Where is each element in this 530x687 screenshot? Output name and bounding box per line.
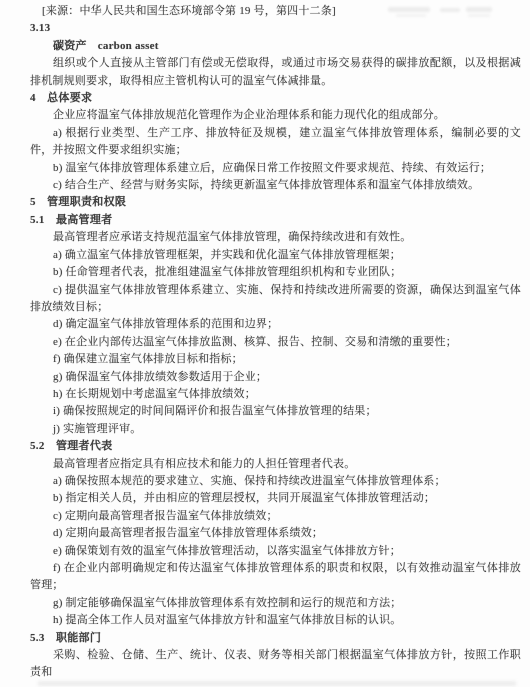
paragraph: 最高管理者应承诺支持规范温室气体排放管理，确保持续改进和有效性。 (30, 229, 521, 246)
term-heading: 碳资产 carbon asset (30, 38, 521, 55)
list-item: a) 根据行业类型、生产工序、排放特征及规模，建立温室气体排放管理体系，编制必要… (30, 125, 521, 160)
list-item: c) 结合生产、经营与财务实际，持续更新温室气体排放管理体系和温室气体排放绩效。 (30, 177, 521, 194)
paragraph: 最高管理者应指定具有相应技术和能力的人担任管理者代表。 (30, 456, 521, 473)
clause-number: 3.13 (30, 20, 521, 37)
list-item: h) 提高全体工作人员对温室气体排放方针和温室气体排放目标的认识。 (30, 612, 521, 629)
list-item: a) 确立温室气体排放管理框架，并实践和优化温室气体排放管理框架； (30, 247, 521, 264)
subsection-heading: 5.1 最高管理者 (30, 212, 521, 229)
list-item: c) 提供温室气体排放管理体系建立、实施、保持和持续改进所需要的资源，确保达到温… (30, 282, 521, 317)
section-heading: 5 管理职责和权限 (30, 194, 521, 211)
list-item: j) 实施管理评审。 (30, 421, 521, 438)
subsection-heading: 5.3 职能部门 (30, 630, 521, 647)
subsection-heading: 5.2 管理者代表 (30, 438, 521, 455)
paragraph: 企业应将温室气体排放规范化管理作为企业治理体系和能力现代化的组成部分。 (30, 107, 521, 124)
list-item: g) 确保温室气体排放绩效参数适用于企业； (30, 369, 521, 386)
list-item: b) 任命管理者代表，批准组建温室气体排放管理组织机构和专业团队； (30, 264, 521, 281)
list-item: b) 温室气体排放管理体系建立后，应确保日常工作按照文件要求规范、持续、有效运行… (30, 160, 521, 177)
list-item: g) 制定能够确保温室气体排放管理体系有效控制和运行的规范和方法； (30, 595, 521, 612)
list-item: b) 指定相关人员，并由相应的管理层授权，共同开展温室气体排放管理活动； (30, 490, 521, 507)
section-heading: 4 总体要求 (30, 90, 521, 107)
list-item: c) 定期向最高管理者报告温室气体排放绩效； (30, 508, 521, 525)
paragraph: 采购、检验、仓储、生产、统计、仪表、财务等相关部门根据温室气体排放方针，按照工作… (30, 647, 521, 682)
cut-off-text-ghost (38, 681, 516, 686)
list-item: e) 在企业内部传达温室气体排放监测、核算、报告、控制、交易和清缴的重要性； (30, 334, 521, 351)
list-item: f) 确保建立温室气体排放目标和指标； (30, 351, 521, 368)
list-item: a) 确保按照本规范的要求建立、实施、保持和持续改进温室气体排放管理体系； (30, 473, 521, 490)
document-text: [来源：中华人民共和国生态环境部令第 19 号，第四十二条]3.13碳资产 ca… (30, 3, 521, 682)
paragraph: 组织或个人直接从主管部门有偿或无偿取得，或通过市场交易获得的碳排放配额，以及根据… (30, 55, 521, 90)
list-item: e) 确保策划有效的温室气体排放管理活动，以落实温室气体排放方针； (30, 543, 521, 560)
source-note: [来源：中华人民共和国生态环境部令第 19 号，第四十二条] (30, 3, 521, 20)
list-item: f) 在企业内部明确规定和传达温室气体排放管理体系的职责和权限，以有效推动温室气… (30, 560, 521, 595)
list-item: d) 确定温室气体排放管理体系的范围和边界； (30, 316, 521, 333)
scanned-document-page: [来源：中华人民共和国生态环境部令第 19 号，第四十二条]3.13碳资产 ca… (0, 0, 530, 687)
list-item: d) 定期向最高管理者报告温室气体排放管理体系绩效； (30, 525, 521, 542)
list-item: h) 在长期规划中考虑温室气体排放绩效； (30, 386, 521, 403)
list-item: i) 确保按照规定的时间间隔评价和报告温室气体排放管理的结果； (30, 403, 521, 420)
